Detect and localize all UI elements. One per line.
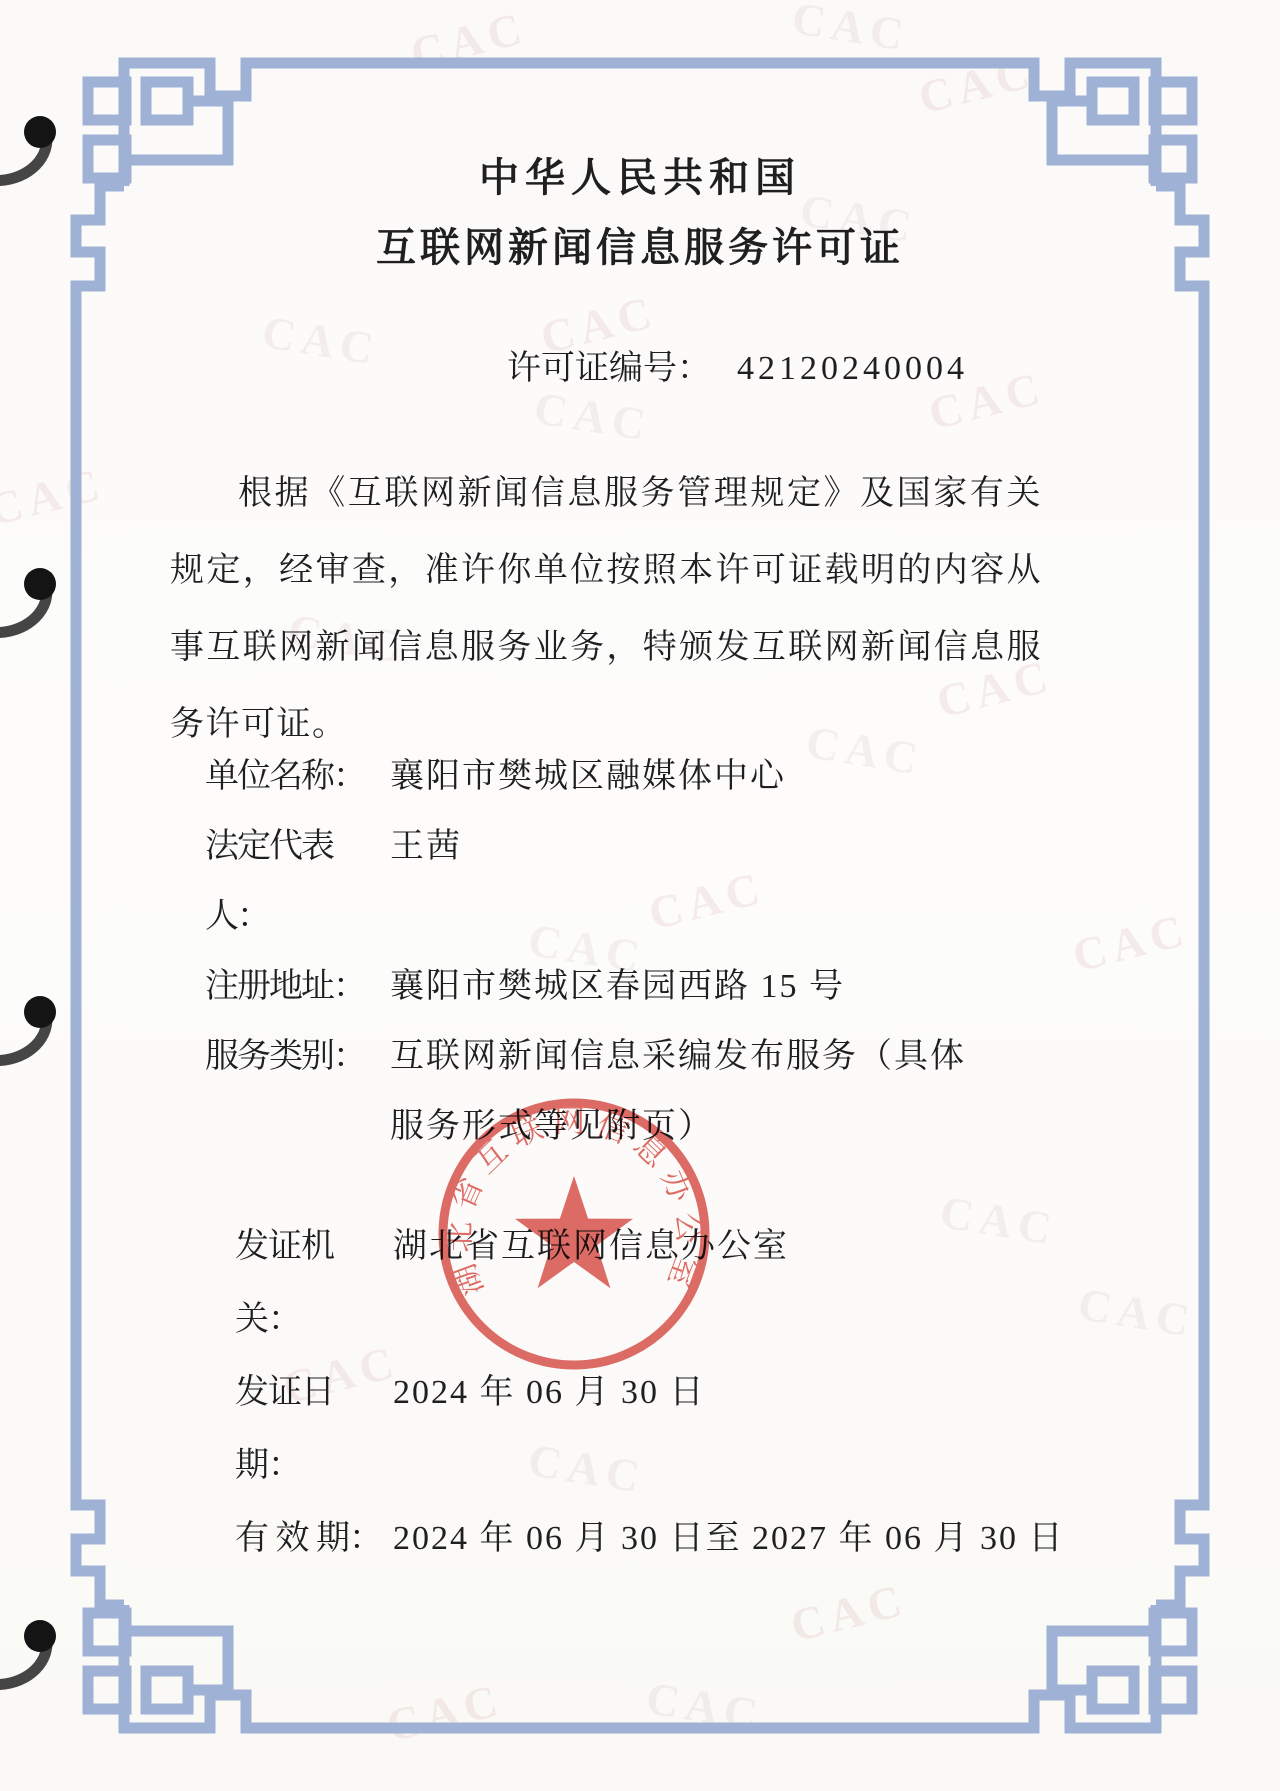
body-paragraph: 根据《互联网新闻信息服务管理规定》及国家有关规定，经审查，准许你单位按照本许可证… (170, 455, 1042, 763)
field-row-issuing-authority: 发证机关： 湖北省互联网信息办公室 (235, 1210, 1220, 1356)
field-label: 单位名称： (205, 742, 390, 812)
watermark-cac: CAC (789, 0, 914, 62)
license-number-value: 42120240004 (737, 350, 968, 387)
field-value: 襄阳市樊城区融媒体中心 (390, 742, 786, 812)
field-row-unit-name: 单位名称： 襄阳市樊城区融媒体中心 (205, 742, 1170, 812)
license-number-label: 许可证编号： (507, 350, 711, 387)
license-document: CAC CAC CAC CAC CAC CAC CAC CAC CAC CAC … (0, 0, 1280, 1791)
license-title: 互联网新闻信息服务许可证 (0, 216, 1280, 273)
border-corner-top-left (76, 63, 366, 350)
field-value: 2024 年 06 月 30 日至 2027 年 06 月 30 日 (393, 1502, 1065, 1575)
binder-ring (0, 996, 56, 1061)
field-row-registered-address: 注册地址： 襄阳市樊城区春园西路 15 号 (205, 952, 1170, 1022)
field-label: 服务类别： (205, 1022, 390, 1092)
watermark-cac: CAC (531, 381, 656, 452)
field-label: 法定代表人： (205, 812, 390, 952)
field-row-legal-representative: 法定代表人： 王茜 (205, 812, 1170, 952)
watermark-cac: CAC (913, 45, 1040, 125)
field-label: 有 效 期： (235, 1502, 393, 1575)
official-seal: 湖北省互联网信息办公室 (428, 1082, 720, 1382)
seal-star-icon (515, 1176, 633, 1288)
field-label: 注册地址： (205, 952, 390, 1022)
watermark-cac: CAC (405, 1, 532, 81)
license-number-line: 许可证编号：42120240004 (0, 340, 1280, 389)
field-label: 发证机关： (235, 1210, 393, 1356)
binder-ring (0, 1620, 56, 1685)
watermark-cac: CAC (381, 1673, 508, 1753)
country-title: 中华人民共和国 (0, 146, 1280, 203)
watermark-cac: CAC (643, 1671, 768, 1742)
field-row-issue-date: 发证日期： 2024 年 06 月 30 日 (235, 1356, 1220, 1502)
watermark-cac: CAC (0, 457, 110, 537)
binder-ring (0, 568, 56, 633)
field-value: 王茜 (390, 812, 462, 882)
issuance-fields: 发证机关： 湖北省互联网信息办公室 发证日期： 2024 年 06 月 30 日… (235, 1210, 1220, 1575)
watermark-cac: CAC (785, 1573, 912, 1653)
field-label: 发证日期： (235, 1356, 393, 1502)
field-row-validity-period: 有 效 期： 2024 年 06 月 30 日至 2027 年 06 月 30 … (235, 1502, 1220, 1575)
field-value: 襄阳市樊城区春园西路 15 号 (390, 952, 845, 1022)
